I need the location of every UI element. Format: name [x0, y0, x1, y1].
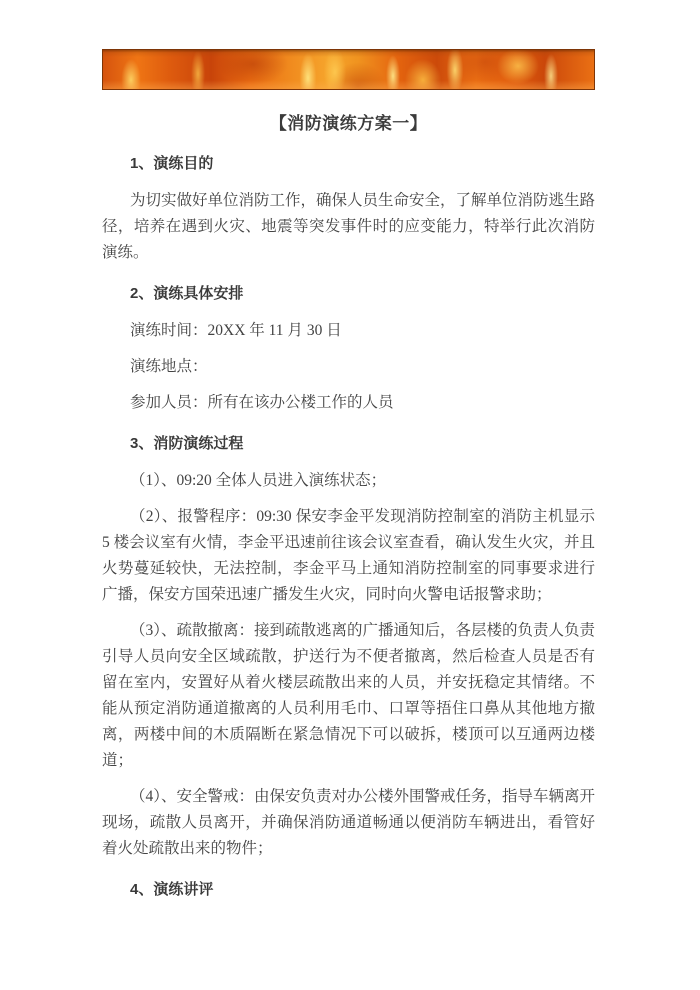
section-process: 3、消防演练过程 （1）、09:20 全体人员进入演练状态； （2）、报警程序：…	[102, 433, 595, 862]
heading-arrangement: 2、演练具体安排	[102, 283, 595, 305]
section-review: 4、演练讲评	[102, 879, 595, 901]
paragraph-drill-location: 演练地点：	[102, 354, 595, 380]
paragraph-purpose: 为切实做好单位消防工作，确保人员生命安全，了解单位消防逃生路径，培养在遇到火灾、…	[102, 188, 595, 266]
heading-review: 4、演练讲评	[102, 879, 595, 901]
heading-process: 3、消防演练过程	[102, 433, 595, 455]
document-page: 【消防演练方案一】 1、演练目的 为切实做好单位消防工作，确保人员生命安全，了解…	[0, 0, 700, 990]
paragraph-step-1: （1）、09:20 全体人员进入演练状态；	[102, 468, 595, 494]
section-arrangement: 2、演练具体安排 演练时间：20XX 年 11 月 30 日 演练地点： 参加人…	[102, 283, 595, 416]
document-title: 【消防演练方案一】	[102, 112, 595, 136]
paragraph-drill-time: 演练时间：20XX 年 11 月 30 日	[102, 318, 595, 344]
paragraph-step-2-alarm: （2）、报警程序：09:30 保安李金平发现消防控制室的消防主机显示 5 楼会议…	[102, 504, 595, 608]
section-purpose: 1、演练目的 为切实做好单位消防工作，确保人员生命安全，了解单位消防逃生路径，培…	[102, 153, 595, 266]
paragraph-step-4-security: （4）、安全警戒：由保安负责对办公楼外围警戒任务，指导车辆离开现场，疏散人员离开…	[102, 784, 595, 862]
paragraph-step-3-evacuation: （3）、疏散撤离：接到疏散逃离的广播通知后，各层楼的负责人负责引导人员向安全区域…	[102, 618, 595, 774]
fire-banner-image	[102, 49, 595, 90]
paragraph-participants: 参加人员：所有在该办公楼工作的人员	[102, 390, 595, 416]
heading-purpose: 1、演练目的	[102, 153, 595, 175]
